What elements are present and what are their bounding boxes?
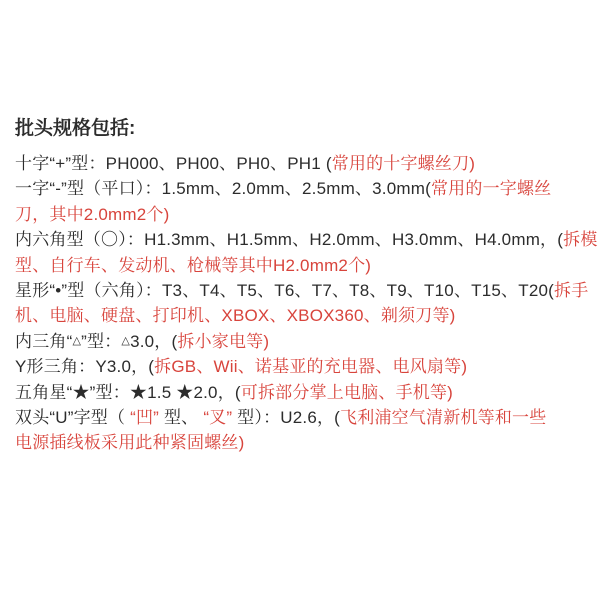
spec-line: 一字“-”型（平口）：1.5mm、2.0mm、2.5mm、3.0mm(常用的一字… bbox=[15, 176, 601, 201]
spec-line: 五角星“★”型：★1.5 ★2.0，(可拆部分掌上电脑、手机等) bbox=[15, 380, 601, 405]
annotation-text: 型、自行车、发动机、枪械等其中H2.0mm2个) bbox=[15, 256, 371, 275]
spec-text: 星形“•”型（六角）：T3、T4、T5、T6、T7、T8、T9、T10、T15、… bbox=[15, 281, 554, 300]
spec-text: 型、 bbox=[159, 408, 203, 427]
spec-line: 电源插线板采用此种紧固螺丝) bbox=[15, 430, 601, 455]
annotation-text: 拆小家电等) bbox=[177, 332, 269, 351]
page-title: 批头规格包括: bbox=[15, 116, 601, 142]
spec-text: 内六角型（〇）：H1.3mm、H1.5mm、H2.0mm、H3.0mm、H4.0… bbox=[15, 230, 563, 249]
spec-line: 十字“+”型：PH000、PH00、PH0、PH1 (常用的十字螺丝刀) bbox=[15, 151, 601, 176]
annotation-text: 拆手 bbox=[554, 281, 588, 300]
spec-text: 一字“-”型（平口）：1.5mm、2.0mm、2.5mm、3.0mm( bbox=[15, 179, 431, 198]
annotation-text: 常用的十字螺丝刀) bbox=[332, 154, 475, 173]
spec-text: ”型： bbox=[81, 332, 121, 351]
spec-line: 内三角“△”型：△3.0，(拆小家电等) bbox=[15, 329, 601, 354]
spec-text: 内三角“ bbox=[15, 332, 72, 351]
annotation-text: 可拆部分掌上电脑、手机等) bbox=[241, 383, 453, 402]
annotation-text: 飞利浦空气清新机等和一些 bbox=[340, 408, 546, 427]
spec-document: 批头规格包括: 十字“+”型：PH000、PH00、PH0、PH1 (常用的十字… bbox=[0, 0, 609, 609]
spec-text: 3.0，( bbox=[130, 332, 177, 351]
spec-line: 双头“U”字型（ “凹” 型、 “叉” 型）：U2.6，(飞利浦空气清新机等和一… bbox=[15, 405, 601, 430]
annotation-text: “叉” bbox=[203, 408, 232, 427]
spec-line: 星形“•”型（六角）：T3、T4、T5、T6、T7、T8、T9、T10、T15、… bbox=[15, 278, 601, 303]
spec-text: 双头“U”字型（ bbox=[15, 408, 130, 427]
annotation-text: 拆模 bbox=[563, 230, 597, 249]
spec-lines-container: 十字“+”型：PH000、PH00、PH0、PH1 (常用的十字螺丝刀)一字“-… bbox=[15, 151, 601, 456]
annotation-text: 机、电脑、硬盘、打印机、XBOX、XBOX360、剃须刀等) bbox=[15, 306, 456, 325]
spec-text: 五角星“★”型：★1.5 ★2.0，( bbox=[15, 383, 241, 402]
annotation-text: “凹” bbox=[130, 408, 159, 427]
annotation-text: 电源插线板采用此种紧固螺丝) bbox=[15, 433, 244, 452]
spec-text: 十字“+”型：PH000、PH00、PH0、PH1 ( bbox=[15, 154, 332, 173]
spec-text: 型）：U2.6，( bbox=[232, 408, 340, 427]
spec-text: △ bbox=[121, 335, 130, 347]
annotation-text: 刀，其中2.0mm2个) bbox=[15, 205, 169, 224]
spec-line: 机、电脑、硬盘、打印机、XBOX、XBOX360、剃须刀等) bbox=[15, 303, 601, 328]
annotation-text: 拆GB、Wii、诺基亚的充电器、电风扇等) bbox=[154, 357, 467, 376]
spec-text: △ bbox=[72, 335, 81, 347]
spec-line: Y形三角：Y3.0，(拆GB、Wii、诺基亚的充电器、电风扇等) bbox=[15, 354, 601, 379]
spec-line: 型、自行车、发动机、枪械等其中H2.0mm2个) bbox=[15, 253, 601, 278]
spec-text: Y形三角：Y3.0，( bbox=[15, 357, 154, 376]
spec-line: 刀，其中2.0mm2个) bbox=[15, 202, 601, 227]
spec-line: 内六角型（〇）：H1.3mm、H1.5mm、H2.0mm、H3.0mm、H4.0… bbox=[15, 227, 601, 252]
annotation-text: 常用的一字螺丝 bbox=[431, 179, 551, 198]
